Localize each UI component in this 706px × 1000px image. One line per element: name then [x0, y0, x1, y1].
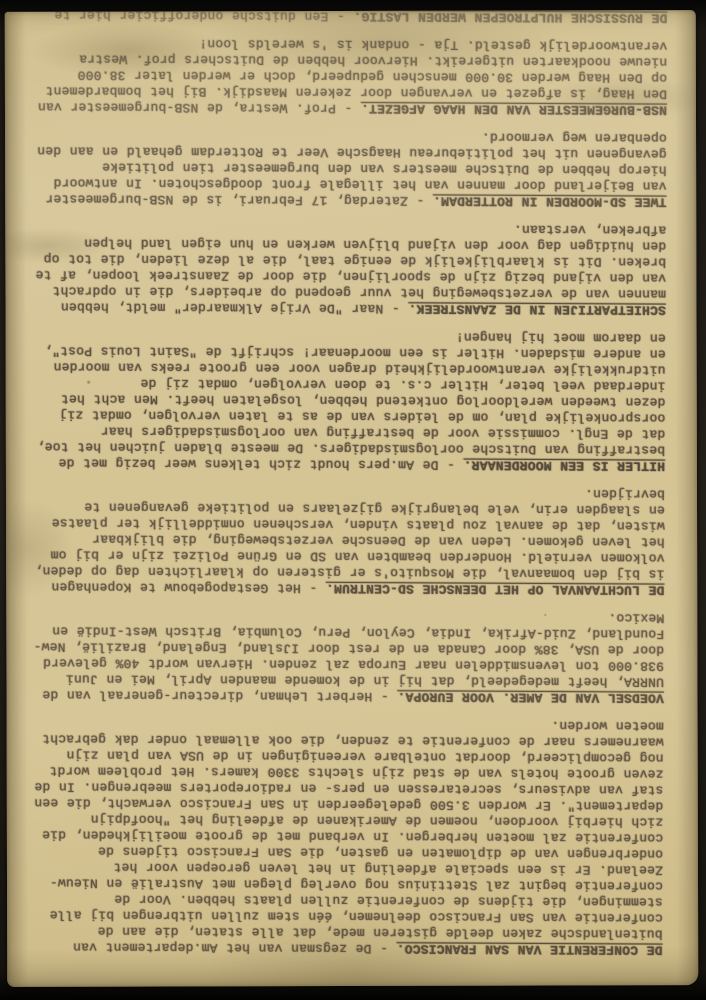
article-heading: TWEE SD-MOORDEN IN ROTTERDAM.	[433, 193, 667, 209]
article: HITLER IS EEN MOORDENAAR. - De Am.pers h…	[34, 326, 666, 473]
article-heading: DE LUCHTAANVAL OP HET DEENSCHE SD-CENTRU…	[326, 581, 665, 598]
article-heading: HITLER IS EEN MOORDENAAR.	[464, 458, 666, 474]
page-content: DE CONFERENTIE VAN SAN FRANCISCO. - De z…	[5, 10, 699, 987]
article-heading: NSB-BURGEMEESTER VAN DEN HAAG AFGEZET.	[361, 101, 667, 118]
article: SCHIETPARTIJEN IN DE ZAANSTREEK. - Naar …	[35, 218, 666, 317]
article-heading: DE RUSSISCHE HULPTROEPEN WERDEN LASTIG.	[353, 10, 667, 26]
article: DE LUCHTAANVAL OP HET DEENSCHE SD-CENTRU…	[33, 482, 665, 597]
article: DE RUSSISCHE HULPTROEPEN WERDEN LASTIG. …	[36, 10, 667, 26]
article: VOEDSEL VAN DE AMER. VOOR EUROPA. - Herb…	[33, 606, 664, 705]
article-body: - De Am.pers houdt zich telkens weer bez…	[37, 330, 666, 473]
article-body: - Het Gestapogebouw te Kopenhagen is bij…	[34, 486, 665, 596]
article: NSB-BURGEMEESTER VAN DEN HAAG AFGEZET. -…	[36, 34, 667, 117]
document-page: DE CONFERENTIE VAN SAN FRANCISCO. - De z…	[5, 10, 699, 987]
article-heading: SCHIETPARTIJEN IN DE ZAANSTREEK.	[408, 301, 666, 317]
scanner-background: DE CONFERENTIE VAN SAN FRANCISCO. - De z…	[0, 0, 706, 1000]
article-body: - De zegsman van het Am.departement van …	[34, 718, 664, 956]
article-heading: VOEDSEL VAN DE AMER. VOOR EUROPA.	[397, 689, 664, 705]
article-heading: DE CONFERENTIE VAN SAN FRANCISCO.	[397, 941, 663, 957]
article: TWEE SD-MOORDEN IN ROTTERDAM. - Zaterdag…	[36, 126, 667, 209]
article: DE CONFERENTIE VAN SAN FRANCISCO. - De z…	[32, 714, 664, 957]
